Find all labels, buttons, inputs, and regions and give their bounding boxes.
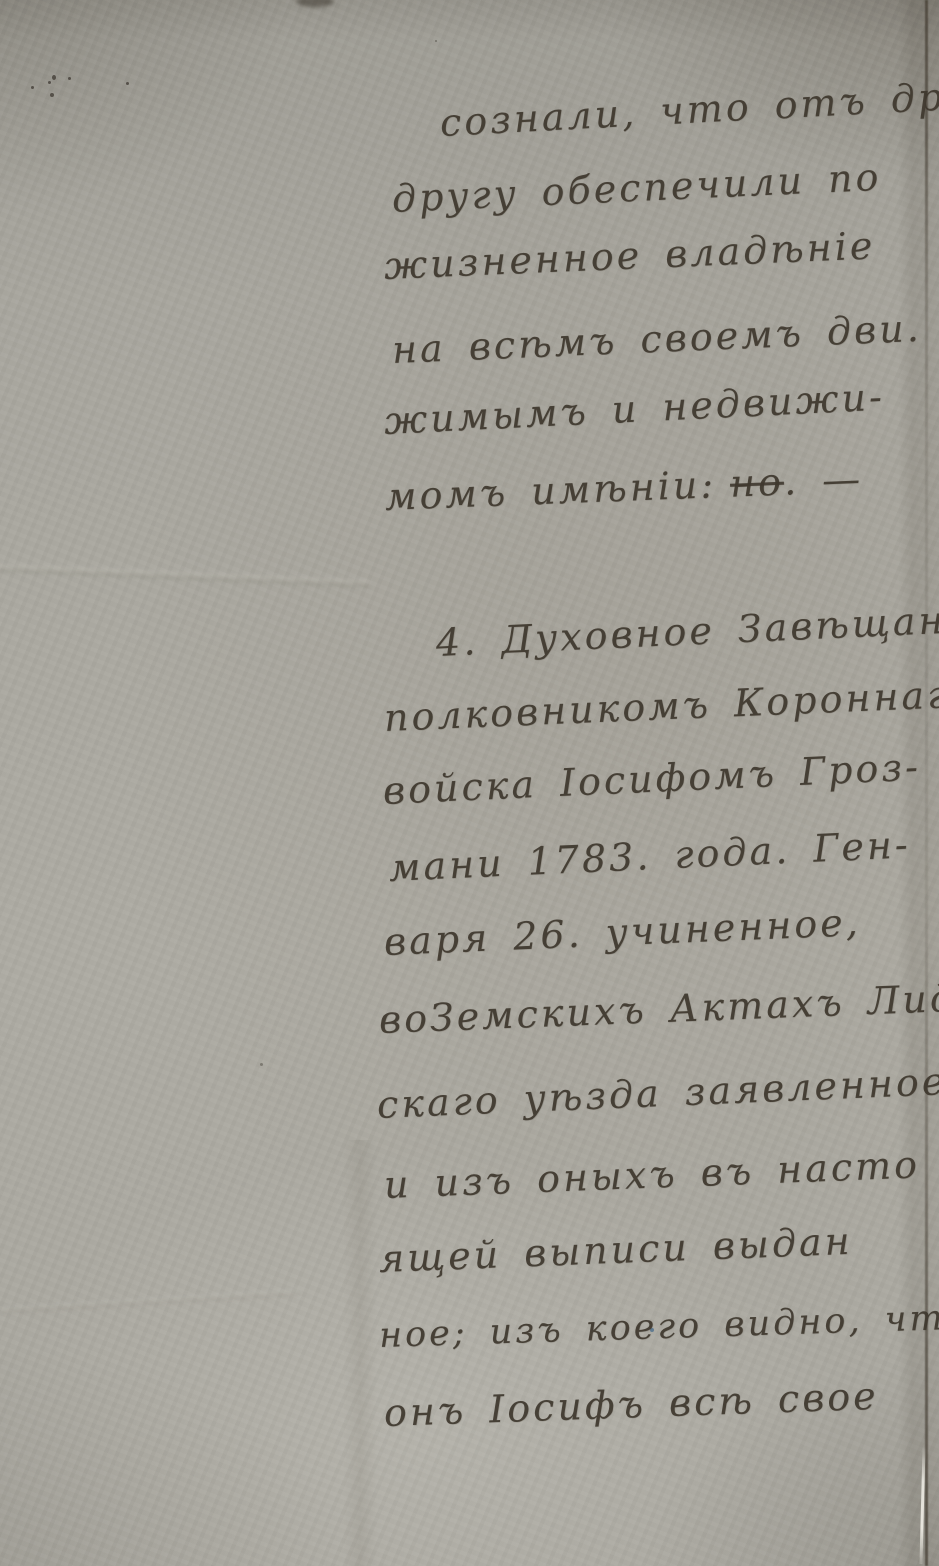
manuscript-line-2: другу обеспечили по: [391, 154, 882, 224]
manuscript-line-17: онъ Іосифъ всѣ свое: [383, 1373, 879, 1438]
fold-shadow: [343, 1140, 377, 1566]
manuscript-line-4: на всѣмъ своемъ дви.: [391, 305, 923, 375]
ink-speck: [52, 75, 56, 80]
manuscript-line-15: ящей выписи выдан: [378, 1218, 853, 1284]
manuscript-line-1: сознали, что отъ другъ: [439, 70, 939, 148]
manuscript-line-14: и изъ оныхъ въ насто: [383, 1141, 921, 1209]
ink-speck: [260, 1063, 263, 1066]
ink-speck: [435, 40, 437, 42]
manuscript-line-3: жизненное владѣніе: [383, 222, 876, 290]
manuscript-line-11: варя 26. учиненное,: [383, 899, 862, 966]
manuscript-line-10: мани 1783. года. Ген-: [388, 821, 912, 892]
fold-crease: [0, 1289, 300, 1314]
manuscript-line-16: ное; изъ коего видно, что: [378, 1296, 939, 1358]
manuscript-line-7: 4. Духовное Завѣщаніе: [435, 595, 939, 667]
top-edge-notch: [296, 0, 334, 7]
manuscript-line-5: жимымъ и недвижи-: [383, 374, 886, 446]
manuscript-page: сознали, что отъ другъ другу обеспечили …: [0, 0, 939, 1566]
manuscript-line-6: момъ имѣніи:но. —: [384, 456, 864, 522]
struck-through-word: но: [729, 460, 785, 506]
ink-speck: [68, 77, 71, 80]
manuscript-line-13: скаго уѣзда заявленное: [376, 1058, 939, 1129]
manuscript-line-12: воЗемскихъ Актахъ Лид-: [378, 974, 939, 1044]
ink-speck: [126, 82, 129, 85]
fold-crease: [0, 564, 370, 588]
ink-speck: [48, 81, 51, 84]
manuscript-line-9: войска Іосифомъ Гроз-: [382, 744, 922, 816]
ink-speck: [50, 93, 54, 97]
ink-speck: [31, 86, 34, 89]
manuscript-line-8: полковникомъ Короннаго: [383, 670, 939, 742]
line-6-text: момъ имѣніи:: [384, 462, 717, 519]
line-6-terminal-dash: . —: [783, 457, 864, 504]
